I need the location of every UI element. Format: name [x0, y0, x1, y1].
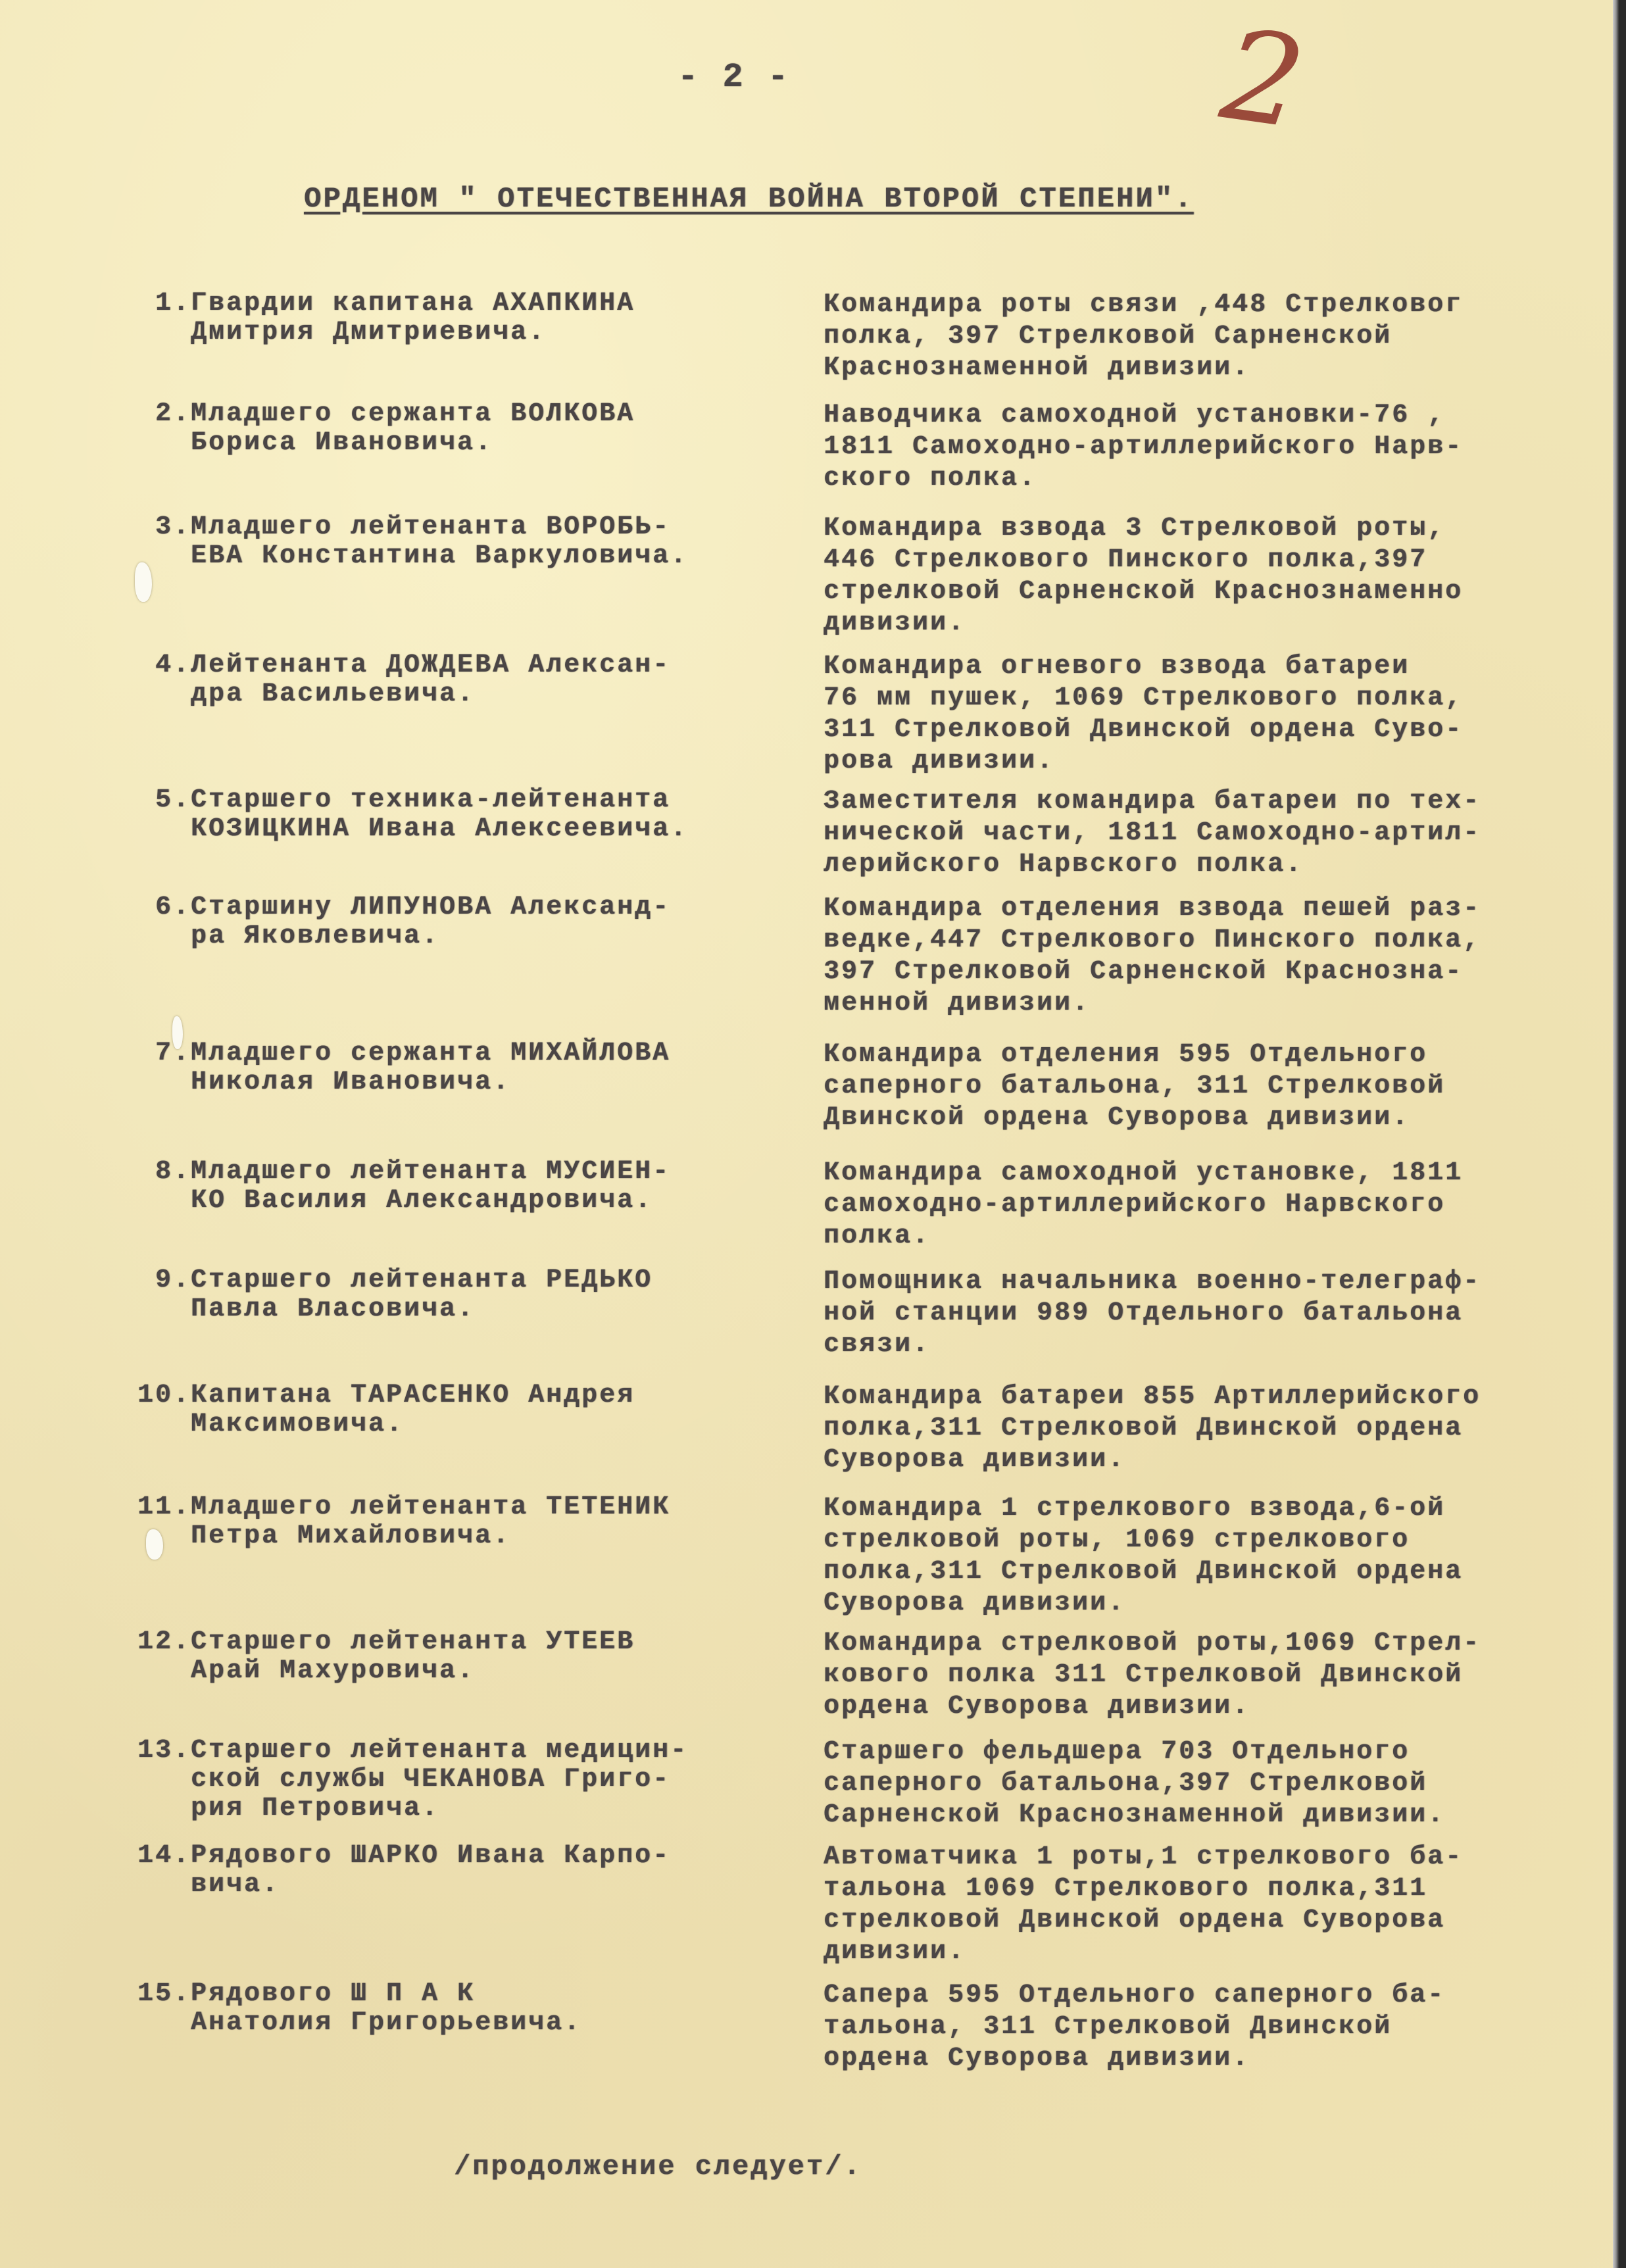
entry-number: 2. [125, 400, 191, 429]
award-heading: ОРДЕНОМ " ОТЕЧЕСТВЕННАЯ ВОЙНА ВТОРОЙ СТЕ… [304, 183, 1194, 216]
entry-number: 10. [125, 1381, 191, 1410]
entry-unit: Командира роты связи ,448 Стрелковог пол… [824, 289, 1619, 384]
paper-tear [172, 1016, 183, 1049]
entry-unit: Автоматчика 1 роты,1 стрелкового ба- тал… [824, 1842, 1619, 1968]
entry-name: Капитана ТАРАСЕНКО Андрея Максимовича. [191, 1381, 816, 1439]
entry-name: Старшего техника-лейтенанта КОЗИЦКИНА Ив… [191, 786, 816, 844]
entry-unit: Заместителя командира батареи по тех- ни… [824, 786, 1619, 881]
document-page: - 2 - 2 ОРДЕНОМ " ОТЕЧЕСТВЕННАЯ ВОЙНА ВТ… [0, 0, 1619, 2268]
entry-name: Старшего лейтенанта медицин- ской службы… [191, 1737, 816, 1823]
entry-number: 8. [125, 1158, 191, 1187]
entry-unit: Командира огневого взвода батареи 76 мм … [824, 651, 1619, 777]
entry-unit: Командира 1 стрелкового взвода,6-ой стре… [824, 1493, 1619, 1619]
entry-name: Старшину ЛИПУНОВА Александ- ра Яковлевич… [191, 893, 816, 951]
entry-number: 5. [125, 786, 191, 815]
entry-number: 6. [125, 893, 191, 922]
entry-number: 1. [125, 289, 191, 318]
entry-unit: Командира самоходной установке, 1811 сам… [824, 1158, 1619, 1252]
entry-number: 15. [125, 1980, 191, 2009]
entry-name: Младшего сержанта ВОЛКОВА Бориса Иванови… [191, 400, 816, 458]
entry-name: Лейтенанта ДОЖДЕВА Алексан- дра Васильев… [191, 651, 816, 709]
entry-name: Рядового ШАРКО Ивана Карпо- вича. [191, 1842, 816, 1900]
entry-name: Рядового Ш П А К Анатолия Григорьевича. [191, 1980, 816, 2038]
entry-name: Младшего лейтенанта МУСИЕН- КО Василия А… [191, 1158, 816, 1216]
entry-unit: Сапера 595 Отдельного саперного ба- таль… [824, 1980, 1619, 2075]
entry-number: 14. [125, 1842, 191, 1871]
entry-unit: Командира отделения взвода пешей раз- ве… [824, 893, 1619, 1020]
entry-number: 4. [125, 651, 191, 680]
entry-unit: Командира взвода 3 Стрелковой роты, 446 … [824, 513, 1619, 639]
paper-tear [135, 562, 152, 602]
entry-number: 9. [125, 1266, 191, 1295]
entry-number: 12. [125, 1628, 191, 1657]
entry-number: 13. [125, 1737, 191, 1765]
entry-unit: Помощника начальника военно-телеграф- но… [824, 1266, 1619, 1361]
entry-name: Младшего сержанта МИХАЙЛОВА Николая Иван… [191, 1039, 816, 1097]
entry-unit: Наводчика самоходной установки-76 , 1811… [824, 400, 1619, 495]
entry-name: Старшего лейтенанта УТЕЕВ Арай Махурович… [191, 1628, 816, 1686]
entry-name: Младшего лейтенанта ТЕТЕНИК Петра Михайл… [191, 1493, 816, 1551]
paper-tear [146, 1529, 163, 1560]
entry-name: Гвардии капитана АХАПКИНА Дмитрия Дмитри… [191, 289, 816, 347]
entry-unit: Командира батареи 855 Артиллерийского по… [824, 1381, 1619, 1476]
entry-unit: Командира отделения 595 Отдельного сапер… [824, 1039, 1619, 1134]
entry-unit: Командира стрелковой роты,1069 Стрел- ко… [824, 1628, 1619, 1723]
page-number: - 2 - [677, 58, 790, 97]
handwritten-page-mark: 2 [1214, 2, 1312, 157]
entry-number: 11. [125, 1493, 191, 1522]
entry-name: Младшего лейтенанта ВОРОБЬ- ЕВА Констант… [191, 513, 816, 571]
continuation-note: /продолжение следует/. [454, 2151, 862, 2182]
entry-unit: Старшего фельдшера 703 Отдельного саперн… [824, 1737, 1619, 1831]
entry-name: Старшего лейтенанта РЕДЬКО Павла Власови… [191, 1266, 816, 1324]
entry-number: 3. [125, 513, 191, 542]
